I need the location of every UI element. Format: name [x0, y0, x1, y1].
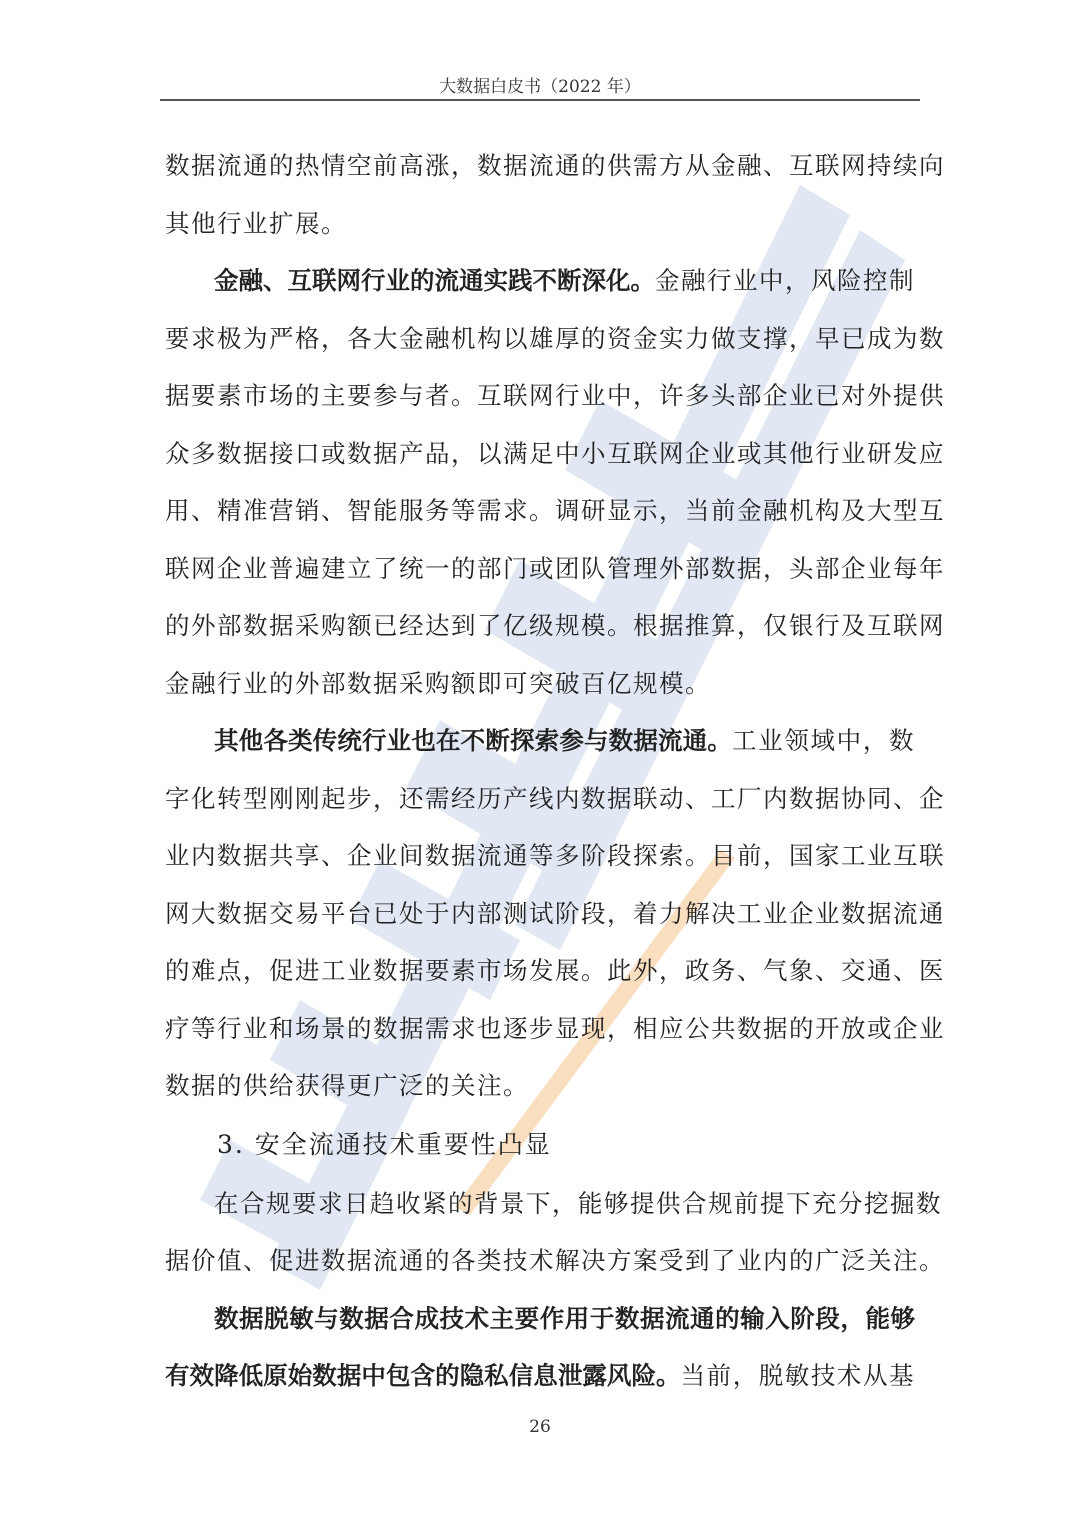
header-divider [160, 99, 920, 101]
body-line: 疗等行业和场景的数据需求也逐步显现，相应公共数据的开放或企业 [165, 1000, 915, 1058]
bold-lead-line: 数据脱敏与数据合成技术主要作用于数据流通的输入阶段，能够 [165, 1290, 915, 1348]
body-line: 金融行业的外部数据采购额即可突破百亿规模。 [165, 655, 915, 713]
body-line: 业内数据共享、企业间数据流通等多阶段探索。目前，国家工业互联 [165, 827, 915, 885]
paragraph-first-line: 金融、互联网行业的流通实践不断深化。金融行业中，风险控制 [165, 252, 915, 310]
body-line: 字化转型刚刚起步，还需经历产线内数据联动、工厂内数据协同、企 [165, 770, 915, 828]
bold-lead: 有效降低原始数据中包含的隐私信息泄露风险。 [165, 1361, 681, 1390]
paragraph-first-line: 其他各类传统行业也在不断探索参与数据流通。工业领域中，数 [165, 712, 915, 770]
running-header: 大数据白皮书（2022 年） [160, 72, 920, 97]
body-line: 数据的供给获得更广泛的关注。 [165, 1057, 915, 1115]
body-line: 据价值、促进数据流通的各类技术解决方案受到了业内的广泛关注。 [165, 1232, 915, 1290]
body-line: 要求极为严格，各大金融机构以雄厚的资金实力做支撑，早已成为数 [165, 310, 915, 368]
bold-lead: 金融、互联网行业的流通实践不断深化。 [214, 266, 655, 295]
body-text: 金融行业中，风险控制 [655, 266, 915, 295]
body-line: 据要素市场的主要参与者。互联网行业中，许多头部企业已对外提供 [165, 367, 915, 425]
body-text: 工业领域中，数 [732, 726, 915, 755]
body-line: 的难点，促进工业数据要素市场发展。此外，政务、气象、交通、医 [165, 942, 915, 1000]
body-line: 用、精准营销、智能服务等需求。调研显示，当前金融机构及大型互 [165, 482, 915, 540]
body-line: 联网企业普遍建立了统一的部门或团队管理外部数据，头部企业每年 [165, 540, 915, 598]
body-text: 当前，脱敏技术从基 [681, 1361, 915, 1390]
body-line: 众多数据接口或数据产品，以满足中小互联网企业或其他行业研发应 [165, 425, 915, 483]
document-body: 数据流通的热情空前高涨，数据流通的供需方从金融、互联网持续向 其他行业扩展。 金… [165, 137, 915, 1405]
body-line: 网大数据交易平台已处于内部测试阶段，着力解决工业企业数据流通 [165, 885, 915, 943]
bold-lead: 其他各类传统行业也在不断探索参与数据流通。 [214, 726, 732, 755]
section-heading: 3. 安全流通技术重要性凸显 [165, 1115, 915, 1175]
body-line: 其他行业扩展。 [165, 195, 915, 253]
paragraph-line: 有效降低原始数据中包含的隐私信息泄露风险。当前，脱敏技术从基 [165, 1347, 915, 1405]
page-number: 26 [0, 1417, 1080, 1437]
body-line: 的外部数据采购额已经达到了亿级规模。根据推算，仅银行及互联网 [165, 597, 915, 655]
body-line: 在合规要求日趋收紧的背景下，能够提供合规前提下充分挖掘数 [165, 1175, 915, 1233]
body-line: 数据流通的热情空前高涨，数据流通的供需方从金融、互联网持续向 [165, 137, 915, 195]
